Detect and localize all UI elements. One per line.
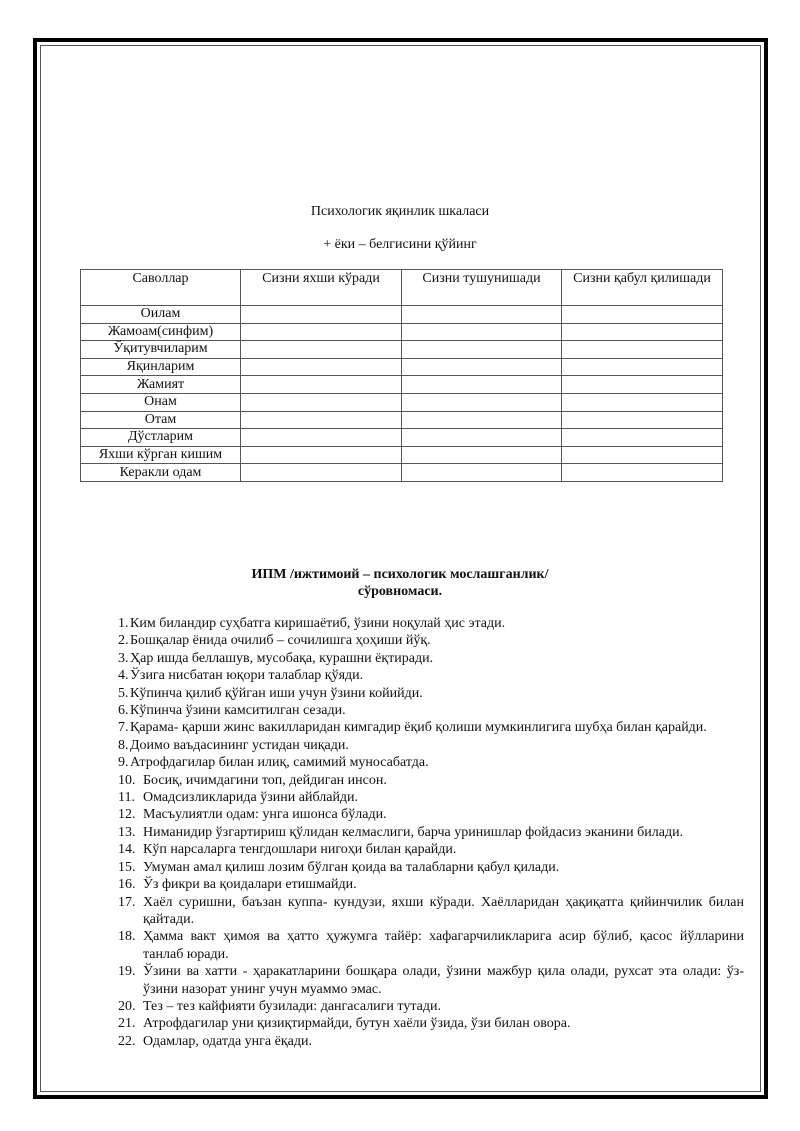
item-text: Кўпинча қилиб қўйган иши учун ўзини койи… (130, 686, 423, 701)
answer-cell[interactable] (402, 323, 562, 341)
list-item: 5.Кўпинча қилиб қўйган иши учун ўзини ко… (118, 685, 744, 702)
item-text: Атрофдагилар уни қизиқтирмайди, бутун ха… (143, 1016, 570, 1031)
item-number: 5. (118, 685, 129, 702)
list-item: 4.Ўзига нисбатан юқори талаблар қўяди. (118, 667, 744, 684)
item-text: Ким биландир суҳбатга киришаётиб, ўзини … (130, 616, 505, 631)
survey-title-line2: сўровномаси. (0, 583, 800, 600)
item-number: 4. (118, 667, 129, 684)
item-text: Босиқ, ичимдагини топ, дейдиган инсон. (143, 773, 387, 788)
answer-cell[interactable] (402, 306, 562, 324)
survey-title: ИПМ /ижтимоий – психологик мослашганлик/… (0, 566, 800, 600)
table-row: Жамоам(синфим) (81, 323, 723, 341)
item-number: 9. (118, 754, 129, 771)
list-item: 13.Ниманидир ўзгартириш қўлидан келмасли… (118, 824, 744, 841)
item-number: 3. (118, 650, 129, 667)
item-number: 17. (118, 894, 136, 911)
answer-cell[interactable] (241, 446, 402, 464)
item-number: 8. (118, 737, 129, 754)
row-label: Керакли одам (81, 464, 241, 482)
table-row: Яхши кўрган кишим (81, 446, 723, 464)
answer-cell[interactable] (241, 358, 402, 376)
answer-cell[interactable] (402, 446, 562, 464)
list-item: 17.Хаёл суришни, баъзан куппа- кундузи, … (118, 894, 744, 929)
answer-cell[interactable] (402, 411, 562, 429)
list-item: 6.Кўпинча ўзини камситилган сезади. (118, 702, 744, 719)
row-label: Жамият (81, 376, 241, 394)
item-number: 10. (118, 772, 136, 789)
list-item: 10.Босиқ, ичимдагини топ, дейдиган инсон… (118, 772, 744, 789)
table-row: Отам (81, 411, 723, 429)
list-item: 9.Атрофдагилар билан илиқ, самимий мунос… (118, 754, 744, 771)
item-number: 14. (118, 841, 136, 858)
row-label: Яхши кўрган кишим (81, 446, 241, 464)
item-text: Ҳамма вакт ҳимоя ва ҳатто ҳужумга тайёр:… (143, 929, 744, 961)
list-item: 1.Ким биландир суҳбатга киришаётиб, ўзин… (118, 615, 744, 632)
list-item: 20.Тез – тез кайфияти бузилади: дангасал… (118, 998, 744, 1015)
item-number: 2. (118, 632, 129, 649)
survey-question-list: 1.Ким биландир суҳбатга киришаётиб, ўзин… (118, 615, 744, 1050)
answer-cell[interactable] (562, 358, 723, 376)
answer-cell[interactable] (562, 429, 723, 447)
item-text: Масъулиятли одам: унга ишонса бўлади. (143, 807, 387, 822)
list-item: 7.Қарама- қарши жинс вакилларидан кимгад… (118, 719, 744, 736)
item-text: Кўпинча ўзини камситилган сезади. (130, 703, 346, 718)
item-text: Бошқалар ёнида очилиб – сочилишга ҳоҳиши… (130, 633, 431, 648)
item-number: 22. (118, 1033, 136, 1050)
answer-cell[interactable] (241, 464, 402, 482)
item-text: Умуман амал қилиш лозим бўлган қоида ва … (143, 860, 559, 875)
table-row: Ўқитувчиларим (81, 341, 723, 359)
row-label: Дўстларим (81, 429, 241, 447)
item-number: 15. (118, 859, 136, 876)
list-item: 16.Ўз фикри ва қоидалари етишмайди. (118, 876, 744, 893)
item-number: 12. (118, 806, 136, 823)
list-item: 14.Кўп нарсаларга тенгдошлари нигоҳи бил… (118, 841, 744, 858)
answer-cell[interactable] (402, 376, 562, 394)
answer-cell[interactable] (402, 429, 562, 447)
list-item: 19.Ўзини ва хатти - ҳаракатларини бошқар… (118, 963, 744, 998)
item-text: Доимо ваъдасининг устидан чиқади. (130, 738, 349, 753)
item-number: 18. (118, 928, 136, 945)
item-number: 16. (118, 876, 136, 893)
row-label: Жамоам(синфим) (81, 323, 241, 341)
item-text: Хаёл суришни, баъзан куппа- кундузи, яхш… (143, 895, 744, 927)
list-item: 21.Атрофдагилар уни қизиқтирмайди, бутун… (118, 1015, 744, 1032)
table-row: Яқинларим (81, 358, 723, 376)
answer-cell[interactable] (241, 341, 402, 359)
answer-cell[interactable] (562, 446, 723, 464)
item-text: Ўз фикри ва қоидалари етишмайди. (143, 877, 357, 892)
table-row: Керакли одам (81, 464, 723, 482)
answer-cell[interactable] (402, 341, 562, 359)
row-label: Ўқитувчиларим (81, 341, 241, 359)
item-number: 13. (118, 824, 136, 841)
list-item: 11.Омадсизликларида ўзини айблайди. (118, 789, 744, 806)
list-item: 8.Доимо ваъдасининг устидан чиқади. (118, 737, 744, 754)
answer-cell[interactable] (562, 376, 723, 394)
item-number: 21. (118, 1015, 136, 1032)
item-text: Кўп нарсаларга тенгдошлари нигоҳи билан … (143, 842, 456, 857)
item-number: 11. (118, 789, 135, 806)
scale-title: Психологик яқинлик шкаласи (0, 204, 800, 220)
table-row: Жамият (81, 376, 723, 394)
list-item: 15.Умуман амал қилиш лозим бўлган қоида … (118, 859, 744, 876)
item-text: Тез – тез кайфияти бузилади: дангасалиги… (143, 999, 441, 1014)
list-item: 12.Масъулиятли одам: унга ишонса бўлади. (118, 806, 744, 823)
answer-cell[interactable] (562, 323, 723, 341)
item-text: Одамлар, одатда унга ёқади. (143, 1034, 312, 1049)
answer-cell[interactable] (562, 393, 723, 411)
item-number: 20. (118, 998, 136, 1015)
answer-cell[interactable] (241, 306, 402, 324)
item-number: 6. (118, 702, 129, 719)
row-label: Оилам (81, 306, 241, 324)
table-header-row: Саволлар Сизни яхши кўради Сизни тушуниш… (81, 270, 723, 306)
column-header: Саволлар (81, 270, 241, 306)
scale-instruction: + ёки – белгисини қўйинг (0, 237, 800, 253)
table-row: Оилам (81, 306, 723, 324)
item-text: Атрофдагилар билан илиқ, самимий муносаб… (130, 755, 429, 770)
closeness-scale-table: Саволлар Сизни яхши кўради Сизни тушуниш… (80, 269, 723, 482)
survey-title-line1: ИПМ /ижтимоий – психологик мослашганлик/ (0, 566, 800, 583)
list-item: 3.Ҳар ишда беллашув, мусобақа, курашни ё… (118, 650, 744, 667)
answer-cell[interactable] (241, 429, 402, 447)
list-item: 22.Одамлар, одатда унга ёқади. (118, 1033, 744, 1050)
item-number: 19. (118, 963, 136, 980)
table-row: Дўстларим (81, 429, 723, 447)
item-text: Ниманидир ўзгартириш қўлидан келмаслиги,… (143, 825, 683, 840)
answer-cell[interactable] (241, 323, 402, 341)
answer-cell[interactable] (241, 393, 402, 411)
column-header: Сизни яхши кўради (241, 270, 402, 306)
answer-cell[interactable] (562, 411, 723, 429)
answer-cell[interactable] (562, 306, 723, 324)
column-header: Сизни тушунишади (402, 270, 562, 306)
item-number: 7. (118, 719, 129, 736)
answer-cell[interactable] (402, 358, 562, 376)
item-text: Ўзини ва хатти - ҳаракатларини бошқара о… (143, 964, 744, 996)
answer-cell[interactable] (241, 411, 402, 429)
item-text: Ўзига нисбатан юқори талаблар қўяди. (130, 668, 363, 683)
table-row: Онам (81, 393, 723, 411)
answer-cell[interactable] (402, 464, 562, 482)
item-text: Қарама- қарши жинс вакилларидан кимгадир… (130, 720, 707, 735)
list-item: 2.Бошқалар ёнида очилиб – сочилишга ҳоҳи… (118, 632, 744, 649)
item-number: 1. (118, 615, 129, 632)
row-label: Яқинларим (81, 358, 241, 376)
answer-cell[interactable] (562, 464, 723, 482)
answer-cell[interactable] (402, 393, 562, 411)
column-header: Сизни қабул қилишади (562, 270, 723, 306)
answer-cell[interactable] (562, 341, 723, 359)
row-label: Отам (81, 411, 241, 429)
item-text: Омадсизликларида ўзини айблайди. (143, 790, 358, 805)
row-label: Онам (81, 393, 241, 411)
list-item: 18.Ҳамма вакт ҳимоя ва ҳатто ҳужумга тай… (118, 928, 744, 963)
item-text: Ҳар ишда беллашув, мусобақа, курашни ёқт… (130, 651, 433, 666)
answer-cell[interactable] (241, 376, 402, 394)
